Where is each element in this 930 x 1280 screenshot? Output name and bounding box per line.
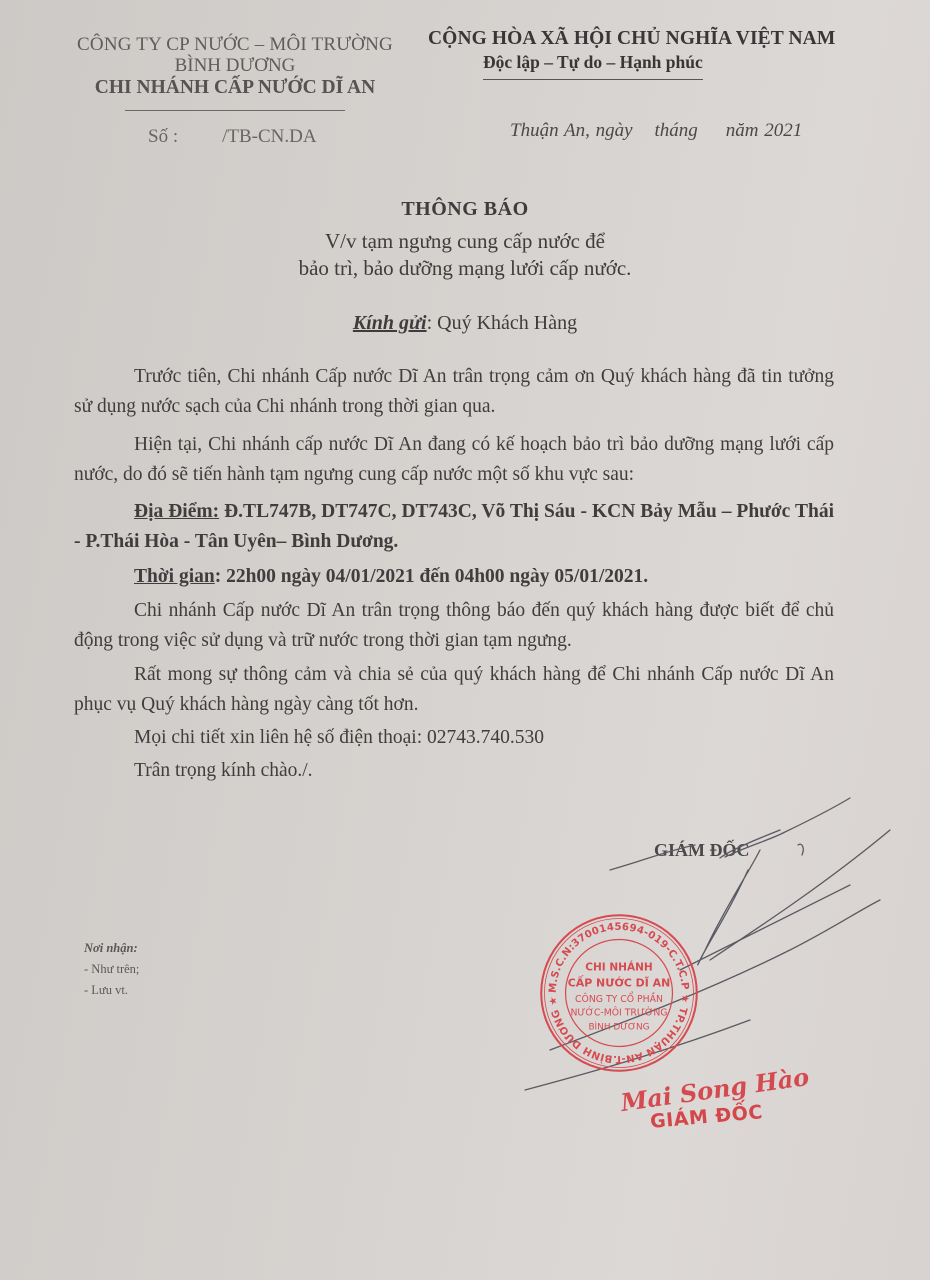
header-divider bbox=[125, 110, 345, 111]
receivers-heading: Nơi nhận: bbox=[84, 938, 139, 959]
issuer-header: CÔNG TY CP NƯỚC – MÔI TRƯỜNG BÌNH DƯƠNG … bbox=[70, 34, 400, 111]
date-year: năm 2021 bbox=[726, 120, 802, 141]
time-label: Thời gian bbox=[134, 566, 215, 587]
official-stamp: M.S.C.N:3700145694-019-C.T.C.P ★ TP.THUẬ… bbox=[538, 912, 700, 1074]
document-number: Số :/TB-CN.DA bbox=[148, 126, 317, 148]
paragraph-plan: Hiện tại, Chi nhánh cấp nước Dĩ An đang … bbox=[74, 430, 834, 490]
recipient-value: : Quý Khách Hàng bbox=[427, 312, 578, 334]
svg-text:M.S.C.N:3700145694-019-C.T.C.P: M.S.C.N:3700145694-019-C.T.C.P ★ TP.THUẬ… bbox=[548, 922, 691, 1065]
signature-title: GIÁM ĐỐC bbox=[654, 840, 750, 861]
document-number-label: Số : bbox=[148, 126, 178, 147]
date-place: Thuận An, ngày bbox=[510, 120, 633, 141]
paragraph-time: Thời gian: 22h00 ngày 04/01/2021 đến 04h… bbox=[74, 562, 834, 592]
recipient-label: Kính gửi bbox=[353, 312, 427, 334]
company-name: CÔNG TY CP NƯỚC – MÔI TRƯỜNG bbox=[70, 34, 400, 56]
svg-text:CẤP NƯỚC DĨ AN: CẤP NƯỚC DĨ AN bbox=[568, 975, 670, 990]
document-subject: V/v tạm ngưng cung cấp nước để bảo trì, … bbox=[0, 228, 930, 282]
receiver-item: - Như trên; bbox=[84, 959, 139, 980]
receiver-item: - Lưu vt. bbox=[84, 980, 139, 1001]
paragraph-intro: Trước tiên, Chi nhánh Cấp nước Dĩ An trâ… bbox=[74, 362, 834, 422]
svg-text:CHI NHÁNH: CHI NHÁNH bbox=[585, 960, 652, 973]
company-province: BÌNH DƯƠNG bbox=[70, 56, 400, 76]
subject-line-1: V/v tạm ngưng cung cấp nước để bbox=[0, 228, 930, 255]
date-line: Thuận An, ngàythángnăm 2021 bbox=[510, 120, 802, 142]
svg-text:BÌNH DƯƠNG: BÌNH DƯƠNG bbox=[588, 1020, 649, 1032]
receivers-block: Nơi nhận: - Như trên; - Lưu vt. bbox=[84, 938, 139, 1001]
document-title: THÔNG BÁO bbox=[0, 198, 930, 221]
paragraph-closing: Trân trọng kính chào./. bbox=[74, 756, 834, 786]
svg-text:NƯỚC-MÔI TRƯỜNG: NƯỚC-MÔI TRƯỜNG bbox=[570, 1007, 667, 1019]
location-label: Địa Điểm: bbox=[134, 501, 219, 522]
date-month: tháng bbox=[655, 120, 698, 141]
paragraph-contact: Mọi chi tiết xin liên hệ số điện thoại: … bbox=[74, 723, 834, 753]
national-title: CỘNG HÒA XÃ HỘI CHỦ NGHĨA VIỆT NAM bbox=[428, 28, 838, 50]
paragraph-notice: Chi nhánh Cấp nước Dĩ An trân trọng thôn… bbox=[74, 596, 834, 656]
paragraph-thanks: Rất mong sự thông cảm và chia sẻ của quý… bbox=[74, 660, 834, 720]
svg-text:CÔNG TY CỔ PHẦN: CÔNG TY CỔ PHẦN bbox=[575, 992, 663, 1005]
branch-name: CHI NHÁNH CẤP NƯỚC DĨ AN bbox=[70, 76, 400, 100]
recipient-line: Kính gửi: Quý Khách Hàng bbox=[0, 312, 930, 335]
paragraph-location: Địa Điểm: Đ.TL747B, DT747C, DT743C, Võ T… bbox=[74, 497, 834, 557]
document-number-value: /TB-CN.DA bbox=[222, 126, 316, 147]
subject-line-2: bảo trì, bảo dưỡng mạng lưới cấp nước. bbox=[0, 255, 930, 282]
national-header: CỘNG HÒA XÃ HỘI CHỦ NGHĨA VIỆT NAM Độc l… bbox=[428, 28, 838, 80]
national-motto: Độc lập – Tự do – Hạnh phúc bbox=[483, 52, 703, 80]
time-value: : 22h00 ngày 04/01/2021 đến 04h00 ngày 0… bbox=[215, 566, 648, 587]
